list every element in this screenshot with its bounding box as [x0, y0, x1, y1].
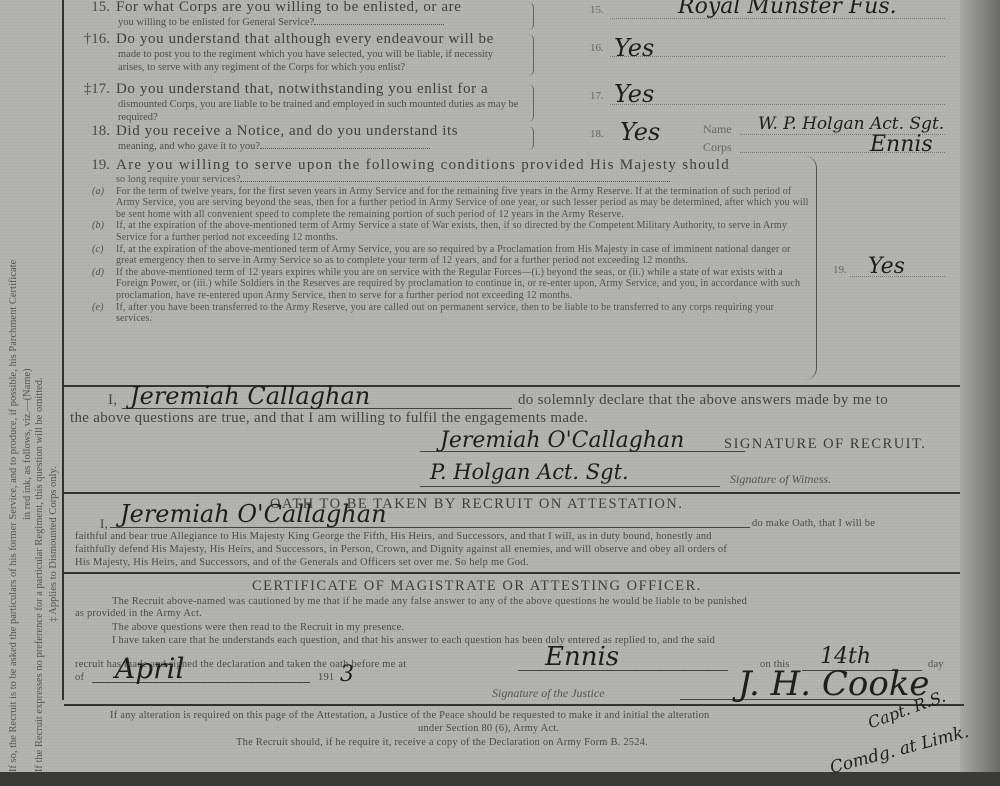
- side-note-2: in red ink, as follows, viz.—(Name): [22, 368, 33, 520]
- justice-signature: J. H. Cooke: [738, 664, 930, 704]
- recruit-signature-label: SIGNATURE OF RECRUIT.: [724, 436, 926, 453]
- declaration-recruit-name: Jeremiah Callaghan: [130, 382, 370, 410]
- question-18: 18.Did you receive a Notice, and do you …: [70, 122, 520, 153]
- side-note-1: * If so, the Recruit is to be asked the …: [8, 260, 19, 780]
- question-19: 19.Are you willing to serve upon the fol…: [70, 156, 810, 325]
- footer-line-2: under Section 80 (6), Army Act.: [418, 723, 559, 734]
- certificate-line-2: as provided in the Army Act.: [75, 608, 202, 619]
- divider-footer: [64, 704, 964, 706]
- answer-19-number: 19.: [833, 264, 847, 276]
- oath-prefix: I,: [100, 516, 108, 532]
- answer-18-notice-name: W. P. Holgan Act. Sgt.: [758, 114, 944, 134]
- attestation-document-page: * If so, the Recruit is to be asked the …: [0, 0, 1000, 786]
- footer-line-3: The Recruit should, if he require it, re…: [236, 737, 648, 748]
- answer-18-number: 18.: [590, 128, 604, 140]
- answer-18-corps-value: Ennis: [870, 132, 933, 157]
- certificate-day-label: day: [928, 659, 944, 670]
- footer-line-1: If any alteration is required on this pa…: [110, 710, 710, 721]
- brace-19: [805, 156, 817, 380]
- question-17: ‡17.Do you understand that, notwithstand…: [70, 80, 520, 124]
- side-note-3: † If the Recruit expresses no preference…: [34, 377, 45, 780]
- answer-15-number: 15.: [590, 4, 604, 16]
- brace-17: [528, 84, 534, 122]
- oath-recruit-name: Jeremiah O'Callaghan: [120, 500, 387, 528]
- q19-condition-c: (c)If, at the expiration of the above-me…: [92, 244, 810, 267]
- side-notes: * If so, the Recruit is to be asked the …: [4, 0, 64, 780]
- answer-19-value: Yes: [868, 254, 905, 279]
- declaration-prefix: I,: [108, 392, 117, 409]
- divider-oath: [64, 492, 960, 494]
- answer-18-value: Yes: [620, 118, 660, 146]
- brace-16: [528, 34, 534, 76]
- witness-signature: P. Holgan Act. Sgt.: [430, 460, 629, 484]
- certificate-of-label: of: [75, 672, 84, 683]
- declaration-text-1: do solemnly declare that the above answe…: [518, 392, 888, 409]
- oath-line-4: His Majesty, His Heirs, and Successors, …: [75, 557, 529, 568]
- oath-line-3: faithfully defend His Majesty, His Heirs…: [75, 544, 727, 555]
- answer-17-value: Yes: [614, 80, 654, 108]
- answer-15-value: Royal Munster Fus.: [678, 0, 897, 19]
- answer-16-value: Yes: [614, 34, 654, 62]
- declaration-text-2: the above questions are true, and that I…: [70, 410, 588, 427]
- answer-17-number: 17.: [590, 90, 604, 102]
- page-edge-shadow: [960, 0, 1000, 786]
- divider-certificate: [64, 572, 960, 574]
- page-bottom-edge: [0, 772, 1000, 786]
- answer-18-name-label: Name: [703, 122, 732, 137]
- brace-15: [528, 2, 534, 30]
- recruit-signature: Jeremiah O'Callaghan: [440, 428, 684, 453]
- certificate-year-prefix: 191: [318, 672, 334, 683]
- question-16: †16.Do you understand that although ever…: [70, 30, 520, 74]
- answer-18-corps-label: Corps: [703, 140, 732, 155]
- q19-condition-b: (b)If, at the expiration of the above-me…: [92, 220, 810, 243]
- justice-signature-label: Signature of the Justice: [492, 686, 605, 701]
- q19-condition-a: (a)For the term of twelve years, for the…: [92, 186, 810, 221]
- q19-condition-d: (d)If the above-mentioned term of 12 yea…: [92, 267, 810, 302]
- certificate-line-1: The Recruit above-named was cautioned by…: [112, 596, 747, 607]
- oath-line-2: faithful and bear true Allegiance to His…: [75, 531, 712, 542]
- attestation-month: April: [115, 652, 184, 685]
- side-note-4: ‡ Applies to Dismounted Corps only.: [48, 466, 59, 622]
- brace-18: [528, 126, 534, 150]
- certificate-line-3: The above questions were then read to th…: [112, 622, 404, 633]
- oath-line-1-end: do make Oath, that I will be: [752, 518, 875, 529]
- certificate-title: CERTIFICATE OF MAGISTRATE OR ATTESTING O…: [252, 578, 702, 595]
- certificate-line-4: I have taken care that he understands ea…: [112, 635, 715, 646]
- attestation-place: Ennis: [545, 642, 619, 672]
- q19-condition-e: (e)If, after you have been transferred t…: [92, 302, 810, 325]
- witness-signature-label: Signature of Witness.: [730, 472, 831, 487]
- attestation-year: 3: [340, 662, 354, 687]
- frame-left-border: [62, 0, 64, 700]
- officer-command-annotation: Comdg. at Limk.: [828, 722, 971, 778]
- question-15: 15.For what Corps are you willing to be …: [70, 0, 520, 29]
- answer-16-number: 16.: [590, 42, 604, 54]
